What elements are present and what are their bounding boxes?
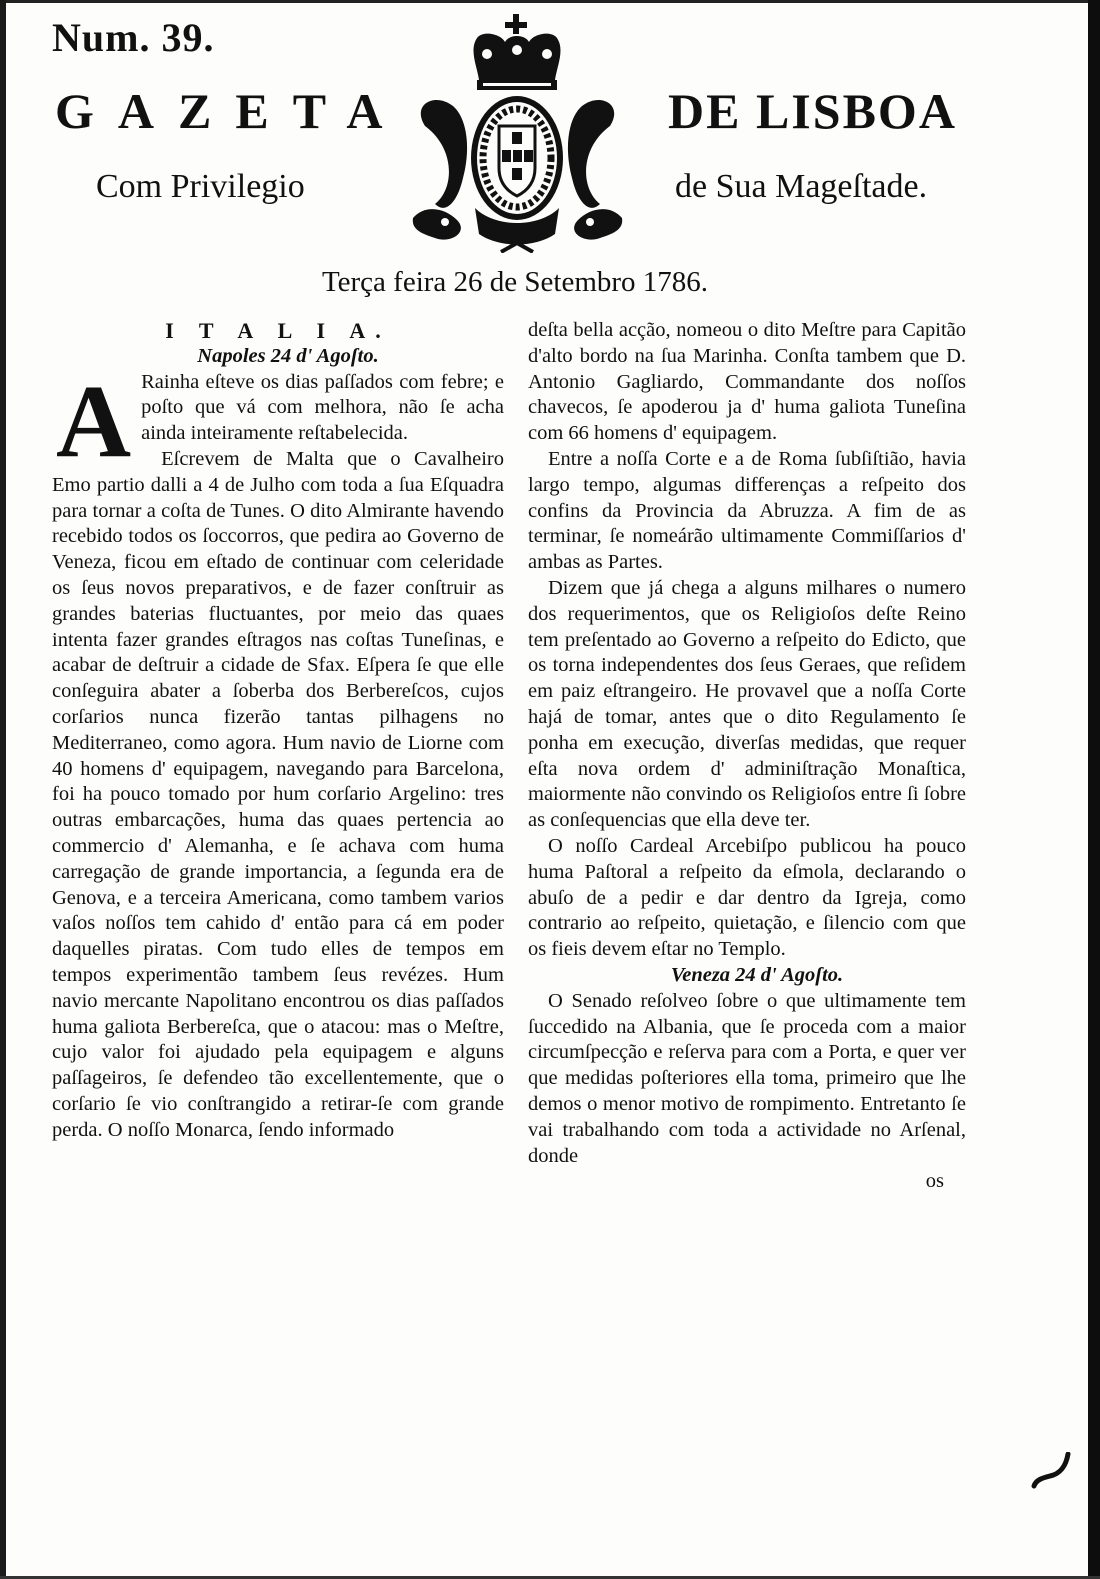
article-paragraph-2: Eſcrevem de Malta que o Cavalheiro Emo p… — [52, 447, 504, 1144]
page-edge-left — [0, 0, 6, 1579]
royal-crest-icon — [405, 8, 630, 253]
subtitle-com-privilegio: Com Privilegio — [96, 168, 305, 206]
issue-number: Num. 39. — [52, 14, 214, 61]
article-paragraph-continued: deſta bella acção, nomeou o dito Meſtre … — [528, 318, 966, 447]
catchword: os — [528, 1169, 966, 1195]
page-edge-right — [1088, 0, 1100, 1579]
title-gazeta: GAZETA — [55, 82, 406, 140]
dropcap-letter: A — [56, 374, 131, 464]
paragraph-text: Rainha eſteve os dias paſſados com febre… — [141, 371, 504, 445]
dateline-veneza: Veneza 24 d' Agoſto. — [528, 963, 966, 989]
section-heading-italia: I T A L I A. — [52, 318, 504, 344]
article-paragraph-religiosos: Dizem que já chega a alguns milhares o n… — [528, 576, 966, 834]
left-column: I T A L I A. Napoles 24 d' Agoſto. ARain… — [52, 318, 504, 1144]
ink-mark-icon — [1030, 1452, 1076, 1492]
right-column: deſta bella acção, nomeou o dito Meſtre … — [528, 318, 966, 1195]
issue-date: Terça feira 26 de Setembro 1786. — [0, 266, 1030, 299]
page-edge-top — [0, 0, 1100, 3]
article-paragraph-roma: Entre a noſſa Corte e a de Roma ſubſiſti… — [528, 447, 966, 576]
subtitle-de-sua-magestade: de Sua Mageſtade. — [675, 168, 927, 206]
article-paragraph-1: ARainha eſteve os dias paſſados com febr… — [52, 370, 504, 447]
title-de-lisboa: DE LISBOA — [668, 82, 957, 140]
article-paragraph-cardeal: O noſſo Cardeal Arcebiſpo publicou ha po… — [528, 834, 966, 963]
article-paragraph-senado: O Senado reſolveo ſobre o que ultimament… — [528, 989, 966, 1170]
